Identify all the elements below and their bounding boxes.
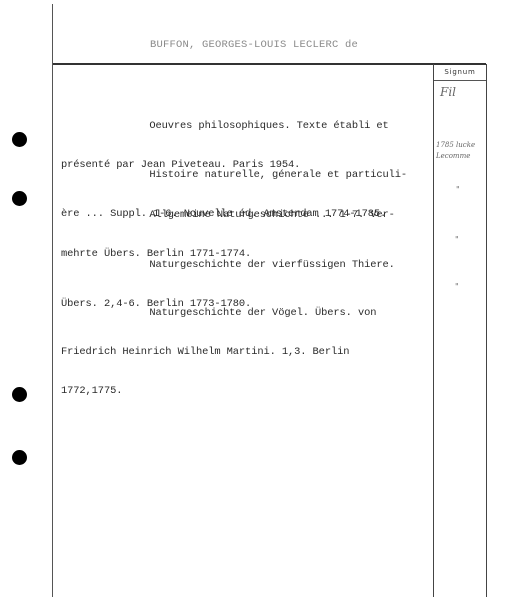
card-left-border	[52, 4, 53, 597]
signum-label-rule	[434, 80, 486, 81]
signum-2: 1785 lucke Lecomme	[436, 140, 484, 162]
entry-line: 1772,1775.	[61, 385, 433, 398]
punch-hole	[12, 450, 27, 465]
entry-line: Allgemeine Naturgeschichte ... 1-7. Ver-	[88, 209, 433, 222]
signum-5: "	[455, 282, 459, 291]
signum-column-right	[486, 64, 487, 597]
signum-4: "	[455, 235, 459, 244]
signum-3: "	[456, 185, 460, 194]
entry-line: Naturgeschichte der Vögel. Übers. von	[88, 307, 433, 320]
entry-line: Naturgeschichte der vierfüssigen Thiere.	[88, 259, 433, 272]
card-heading: BUFFON, GEORGES-LOUIS LECLERC de	[150, 39, 358, 51]
entry-5: Naturgeschichte der Vögel. Übers. von Fr…	[88, 281, 433, 411]
signum-label: Signum	[434, 68, 486, 76]
entry-line: Friedrich Heinrich Wilhelm Martini. 1,3.…	[61, 346, 433, 359]
entry-line: Oeuvres philosophiques. Texte établi et	[88, 120, 433, 133]
punch-hole	[12, 387, 27, 402]
punch-hole	[12, 191, 27, 206]
punch-hole	[12, 132, 27, 147]
entry-line: Histoire naturelle, génerale et particul…	[88, 169, 433, 182]
signum-1: Fil	[440, 85, 456, 99]
signum-column-left	[433, 64, 434, 597]
header-rule	[53, 63, 486, 65]
